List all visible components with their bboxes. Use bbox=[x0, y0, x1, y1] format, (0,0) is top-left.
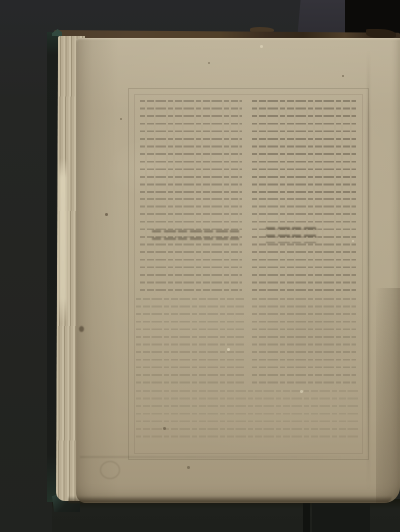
backdrop-slate-panel bbox=[297, 0, 350, 36]
paper-speck bbox=[300, 390, 303, 393]
bleed-smudge bbox=[152, 230, 240, 243]
bleed-text-block bbox=[252, 198, 356, 294]
bleed-text-block bbox=[140, 100, 242, 194]
paper-speck bbox=[352, 240, 354, 242]
fore-edge-shadow-right bbox=[376, 288, 400, 503]
foxing-spot bbox=[105, 213, 108, 216]
faint-stamp-ring bbox=[100, 461, 120, 479]
page-edge-highlight bbox=[59, 158, 67, 323]
foxing-spot bbox=[342, 75, 344, 77]
paper-speck bbox=[260, 45, 263, 48]
page-crease-horizontal bbox=[80, 456, 370, 458]
paper-speck bbox=[227, 348, 230, 351]
bleed-smudge bbox=[266, 227, 318, 243]
page-bottom-edge-shadow bbox=[68, 496, 392, 503]
bleed-text-block bbox=[252, 100, 356, 194]
bleed-text-block bbox=[136, 390, 360, 442]
blank-book-page bbox=[76, 38, 400, 503]
foxing-spot bbox=[79, 326, 84, 332]
background-seam-line bbox=[303, 503, 310, 532]
foxing-spot bbox=[208, 62, 210, 64]
foxing-spot bbox=[163, 427, 166, 430]
book-shadow-band bbox=[312, 503, 370, 532]
bleed-text-block bbox=[136, 298, 244, 388]
book-photo-canvas bbox=[0, 0, 400, 532]
foxing-spot bbox=[120, 118, 122, 120]
foxing-spot bbox=[187, 466, 190, 469]
page-crease-vertical bbox=[367, 50, 370, 490]
bleed-text-block bbox=[252, 298, 356, 388]
bleed-text-block bbox=[140, 198, 242, 294]
cover-board-dark-patch bbox=[366, 29, 396, 38]
